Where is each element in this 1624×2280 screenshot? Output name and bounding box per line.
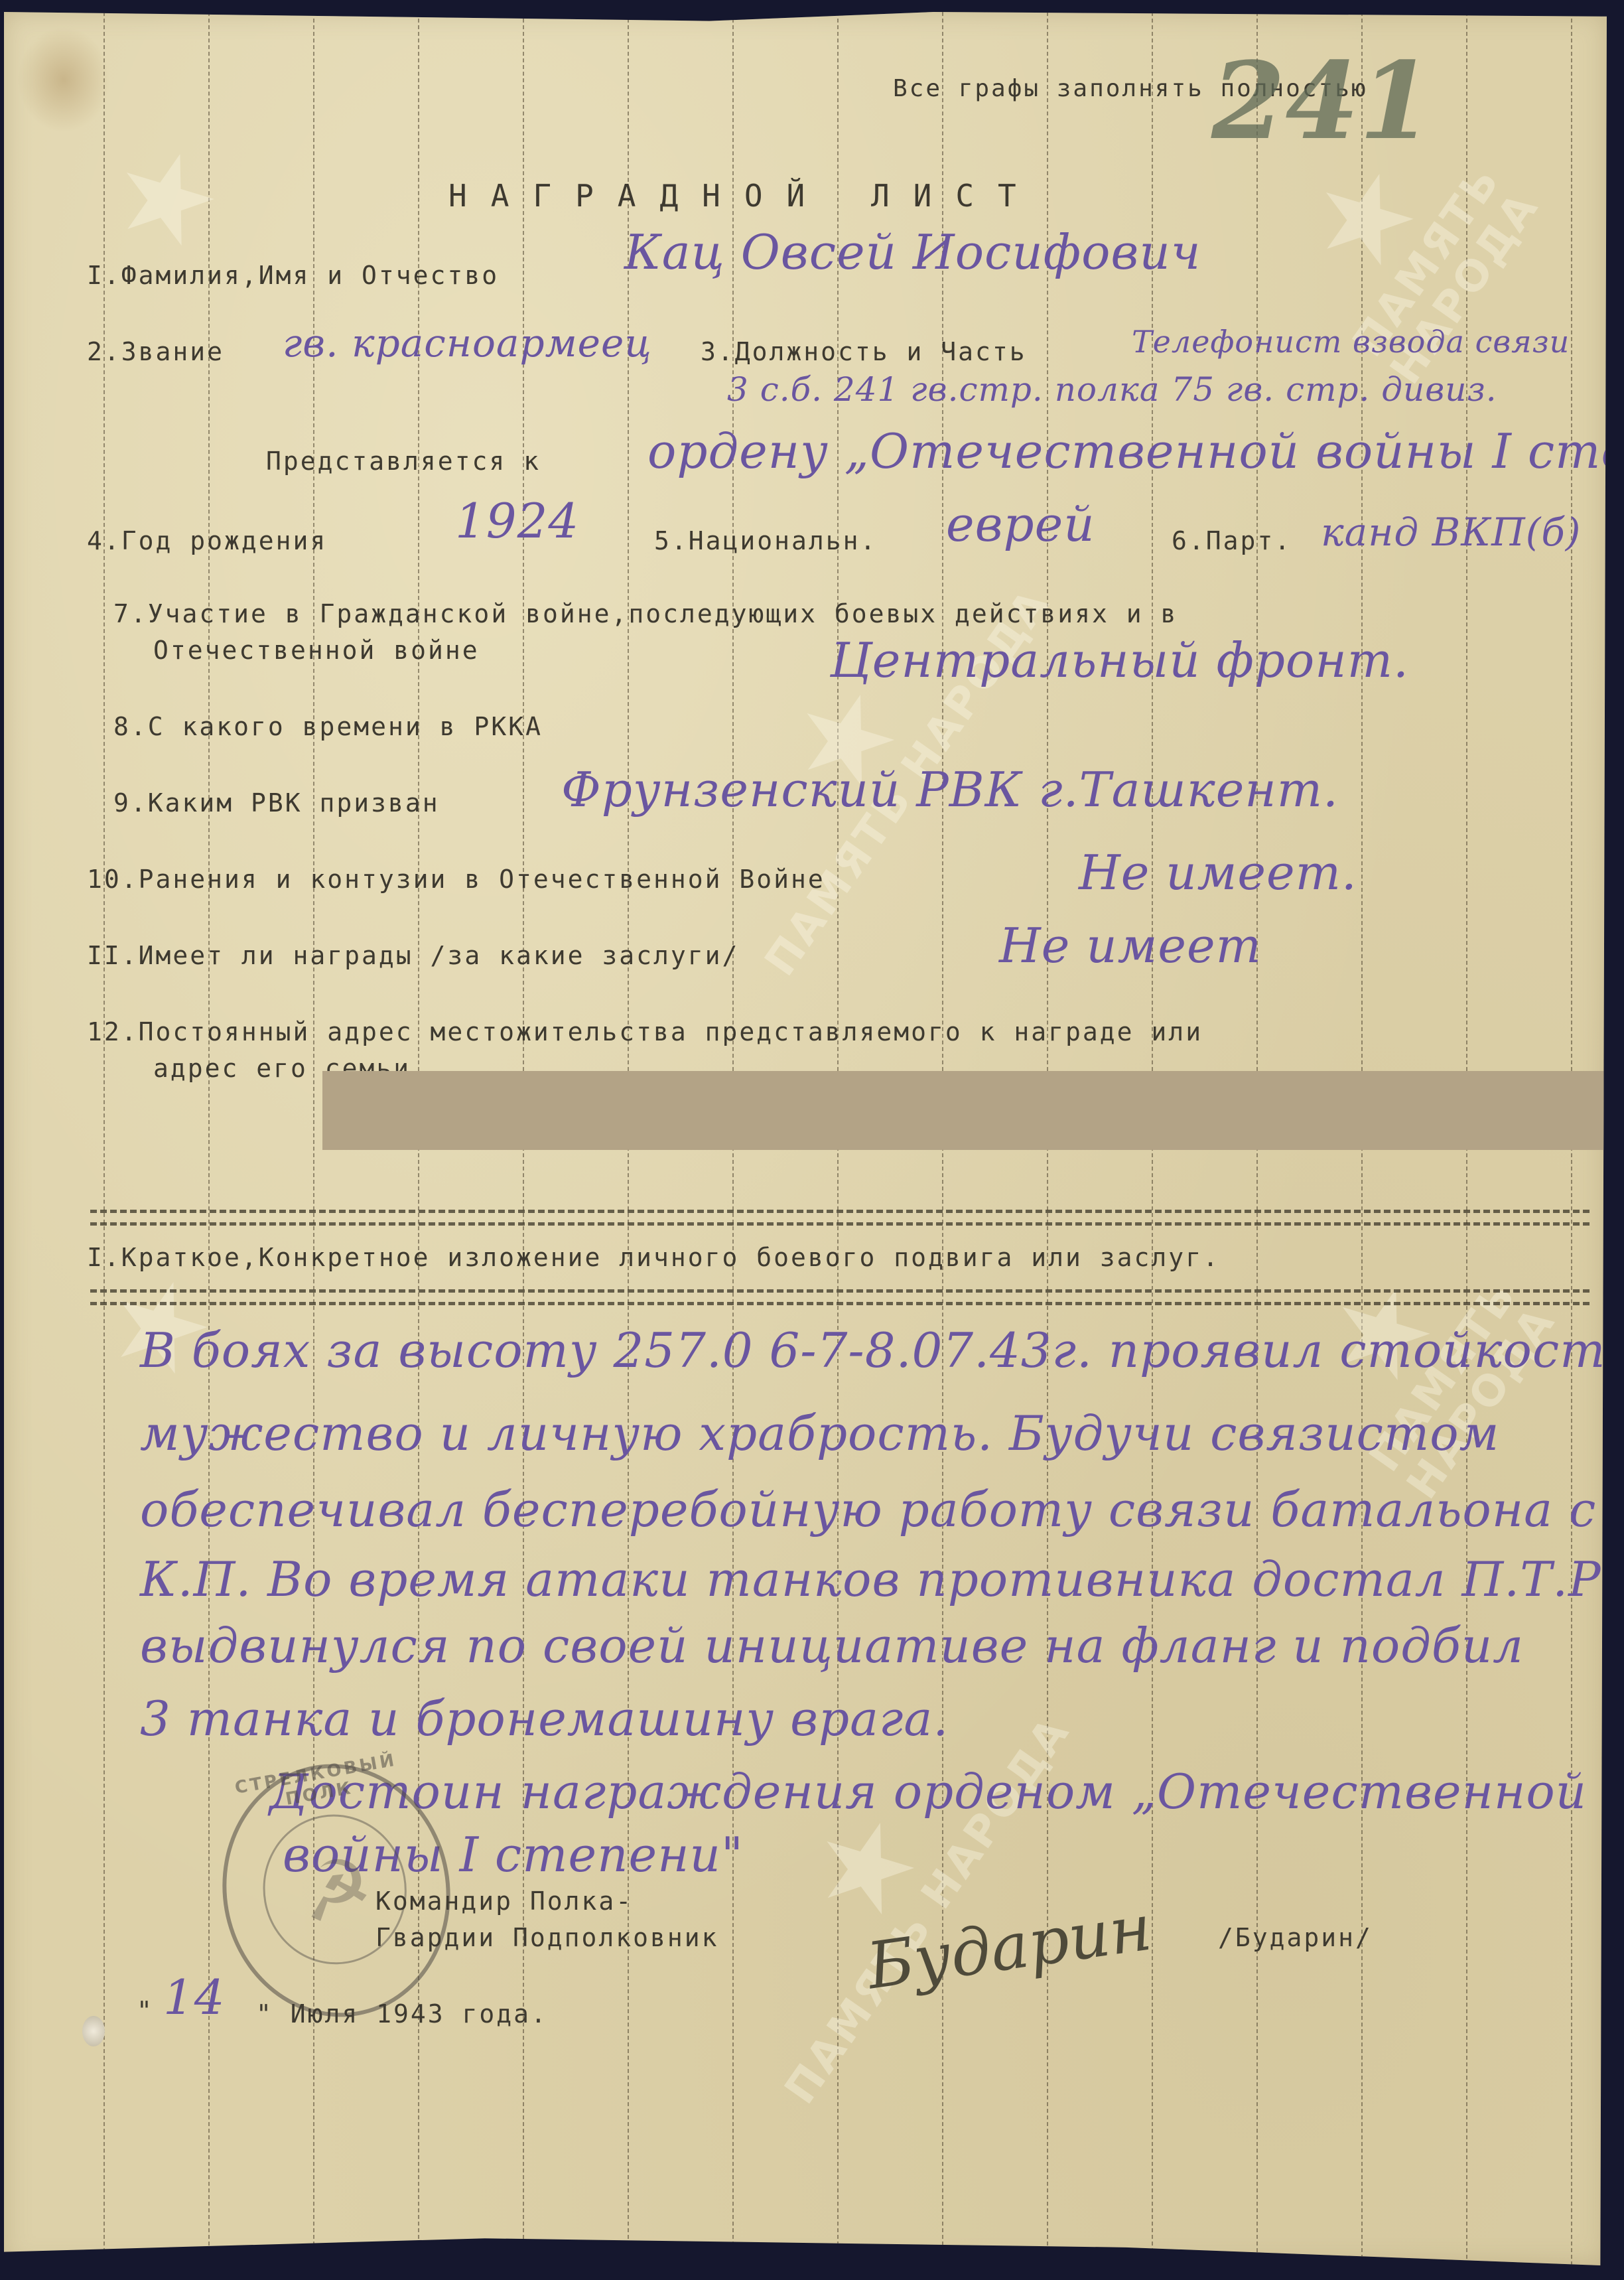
award-value: ордену „Отечественной войны I степ." — [647, 423, 1624, 479]
paper-stain — [17, 27, 110, 133]
field-label-participation: 7.Участие в Гражданской войне,последующи… — [113, 599, 1178, 628]
narrative-line: К.П. Во время атаки танков противника до… — [140, 1551, 1624, 1607]
archive-number: 241 — [1211, 38, 1433, 163]
recommendation-line: Достоин награждения орденом „Отечественн… — [269, 1764, 1587, 1819]
field-value-birth-year: 1924 — [455, 493, 579, 549]
section-heading: I.Краткое,Конкретное изложение личного б… — [87, 1243, 1220, 1272]
handwritten-signature: Бударин — [862, 1890, 1156, 2004]
field-label-since-rkka: 8.С какого времени в РККА — [113, 712, 543, 741]
date-quote: " — [137, 1996, 154, 2025]
field-value-wounds: Не имеет. — [1079, 845, 1357, 900]
narrative-line: 3 танка и бронемашину врага. — [140, 1691, 949, 1746]
signatory-rank: Гвардии Подполковник — [375, 1923, 719, 1952]
award-sheet: ★ ★ПАМЯТЬ НАРОДА ★ПАМЯТЬ НАРОДА ★ПАМЯТЬ … — [4, 12, 1607, 2265]
field-value-position: Телефонист взвода связи — [1132, 324, 1570, 360]
field-value-nationality: еврей — [946, 496, 1095, 552]
divider — [90, 1210, 1590, 1226]
date-day: 14 — [163, 1969, 226, 2025]
watermark: ★ПАМЯТЬ НАРОДА — [670, 520, 1059, 984]
redacted-address — [322, 1071, 1605, 1150]
narrative-line: В боях за высоту 257.0 6-7-8.07.43г. про… — [140, 1322, 1624, 1378]
field-label-rank: 2.Звание — [87, 337, 224, 366]
field-value-rank: гв. красноармеец — [283, 321, 652, 366]
field-value-participation: Центральный фронт. — [830, 632, 1409, 688]
narrative-line: обеспечивал бесперебойную работу связи б… — [140, 1482, 1596, 1537]
field-label-conscripted: 9.Каким РВК призван — [113, 788, 440, 818]
narrative-line: выдвинулся по своей инициативе на фланг … — [140, 1618, 1524, 1674]
signatory-name: /Бударин/ — [1218, 1923, 1373, 1952]
field-value-awards: Не имеет — [999, 918, 1262, 973]
document-title: НАГРАДНОЙ ЛИСТ — [448, 178, 1040, 214]
field-label-wounds: 10.Ранения и контузии в Отечественной Во… — [87, 865, 825, 894]
binding-hole — [82, 2016, 105, 2046]
field-value-unit: 3 с.б. 241 гв.стр. полка 75 гв. стр. див… — [727, 370, 1497, 409]
field-label-position: 3.Должность и Часть — [701, 337, 1027, 366]
field-value-party: канд ВКП(б) — [1321, 510, 1581, 555]
field-label-address: 12.Постоянный адрес местожительства пред… — [87, 1017, 1203, 1046]
date-month-year: " Июля 1943 года. — [256, 1999, 548, 2029]
field-label-party: 6.Парт. — [1172, 526, 1292, 555]
divider — [90, 1289, 1590, 1305]
signatory-title: Командир Полка- — [375, 1887, 633, 1916]
field-label-name: I.Фамилия,Имя и Отчество — [87, 261, 499, 290]
field-label-birth-year: 4.Год рождения — [87, 526, 327, 555]
field-value-name: Кац Овсей Иосифович — [624, 224, 1201, 280]
presented-label: Представляется к — [266, 447, 541, 476]
narrative-line: мужество и личную храбрость. Будучи связ… — [140, 1405, 1499, 1461]
field-label-awards: II.Имеет ли награды /за какие заслуги/ — [87, 941, 739, 970]
watermark-star-icon: ★ — [90, 122, 240, 273]
field-label-nationality: 5.Национальн. — [654, 526, 877, 555]
field-label-participation-line2: Отечественной войне — [153, 636, 480, 665]
field-value-conscripted: Фрунзенский РВК г.Ташкент. — [561, 762, 1339, 818]
